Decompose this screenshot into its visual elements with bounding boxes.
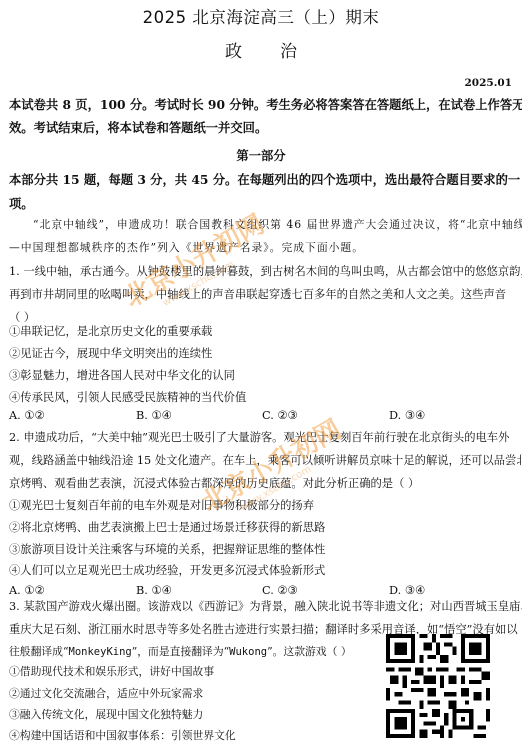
subject-char: 治 — [280, 37, 297, 62]
statement-3: ③彰显魅力，增进各国人民对中华文化的认同 — [9, 367, 235, 383]
instructions-line-1: 本试卷共 8 页，100 分。考试时长 90 分钟。考生务必将答案答在答题纸上，… — [9, 95, 522, 113]
choice-a[interactable]: A. ①② — [9, 409, 45, 422]
document-title: 2025 北京海淀高三（上）期末 — [0, 4, 522, 28]
subject-title: 政治 — [0, 37, 522, 62]
statement-3: ③融入传统文化，展现中国文化独特魅力 — [9, 707, 203, 722]
question-stem-line: 京烤鸭、观看曲艺表演，沉浸式体验古都深厚的历史底蕴。对此分析正确的是（ ） — [9, 475, 419, 491]
choice-a[interactable]: A. ①② — [9, 584, 45, 597]
english-term: MonkeyKing — [69, 646, 132, 658]
choice-c[interactable]: C. ②③ — [262, 409, 298, 422]
choice-c[interactable]: C. ②③ — [262, 584, 298, 597]
choice-d[interactable]: D. ③④ — [389, 584, 425, 597]
question-stem-line: 1. 一线中轴，承古通今。从钟鼓楼里的晨钟暮鼓，到古树名木间的鸟叫虫鸣，从古都会… — [9, 263, 522, 279]
statement-1: ①观光巴士复刻百年前的电车外观是对旧事物积极部分的扬弃 — [9, 497, 314, 513]
question-stem-line: 往般翻译成“MonkeyKing”，而是直接翻译为“Wukong”。这款游戏（ … — [9, 644, 352, 659]
statement-1: ①借助现代技术和娱乐形式，讲好中国故事 — [9, 664, 214, 679]
instructions-line-2: 效。考试结束后，将本试卷和答题纸一并交回。 — [9, 118, 267, 136]
statement-2: ②将北京烤鸭、曲艺表演搬上巴士是通过场景迁移获得的新思路 — [9, 519, 325, 535]
question-stem-line: 观，线路涵盖中轴线沿途 15 处文化遗产。在车上，乘客可以倾听讲解员京味十足的解… — [9, 452, 522, 468]
passage-line-2: —中国理想都城秩序的杰作”列入《世界遗产名录》。完成下面小题。 — [9, 240, 364, 255]
qr-code — [386, 634, 490, 738]
statement-4: ④传承民风，引领人民感受民族精神的当代价值 — [9, 389, 246, 405]
subject-char: 政 — [225, 37, 242, 62]
question-stem-line: 2. 申遗成功后，“大美中轴”观光巴士吸引了大量游客。观光巴士复刻百年前行驶在北… — [9, 429, 509, 445]
part-heading: 第一部分 — [0, 146, 522, 164]
choice-d[interactable]: D. ③④ — [389, 409, 425, 422]
english-term: Wukong — [229, 646, 267, 658]
statement-2: ②见证古今，展现中华文明突出的连续性 — [9, 345, 212, 361]
statement-2: ②通过文化交流融合，适应中外玩家需求 — [9, 686, 203, 701]
statement-1: ①串联记忆，是北京历史文化的重要承载 — [9, 323, 212, 339]
choice-b[interactable]: B. ①④ — [136, 584, 172, 597]
part-description-line-1: 本部分共 15 题，每题 3 分，共 45 分。在每题列出的四个选项中，选出最符… — [9, 170, 520, 188]
exam-date: 2025.01 — [465, 77, 513, 89]
statement-4: ④人们可以立足观光巴士成功经验，开发更多沉浸式体验新形式 — [9, 562, 325, 578]
question-stem-line: 3. 某款国产游戏火爆出圈。该游戏以《西游记》为背景，融入陕北说书等非遗文化；对… — [9, 598, 522, 614]
part-description-line-2: 项。 — [9, 194, 34, 212]
statement-4: ④构建中国话语和中国叙事体系：引领世界文化 — [9, 728, 236, 741]
choice-b[interactable]: B. ①④ — [136, 409, 172, 422]
question-stem-line: 再到市井胡同里的吆喝叫卖，中轴线上的声音串联起穿透七百多年的自然之美和人文之美。… — [9, 286, 506, 302]
passage-line-1: “北京中轴线”，申遗成功！联合国教科文组织第 46 届世界遗产大会通过决议，将“… — [33, 217, 522, 232]
statement-3: ③旅游项目设计关注乘客与环境的关系，把握辩证思维的整体性 — [9, 541, 325, 557]
